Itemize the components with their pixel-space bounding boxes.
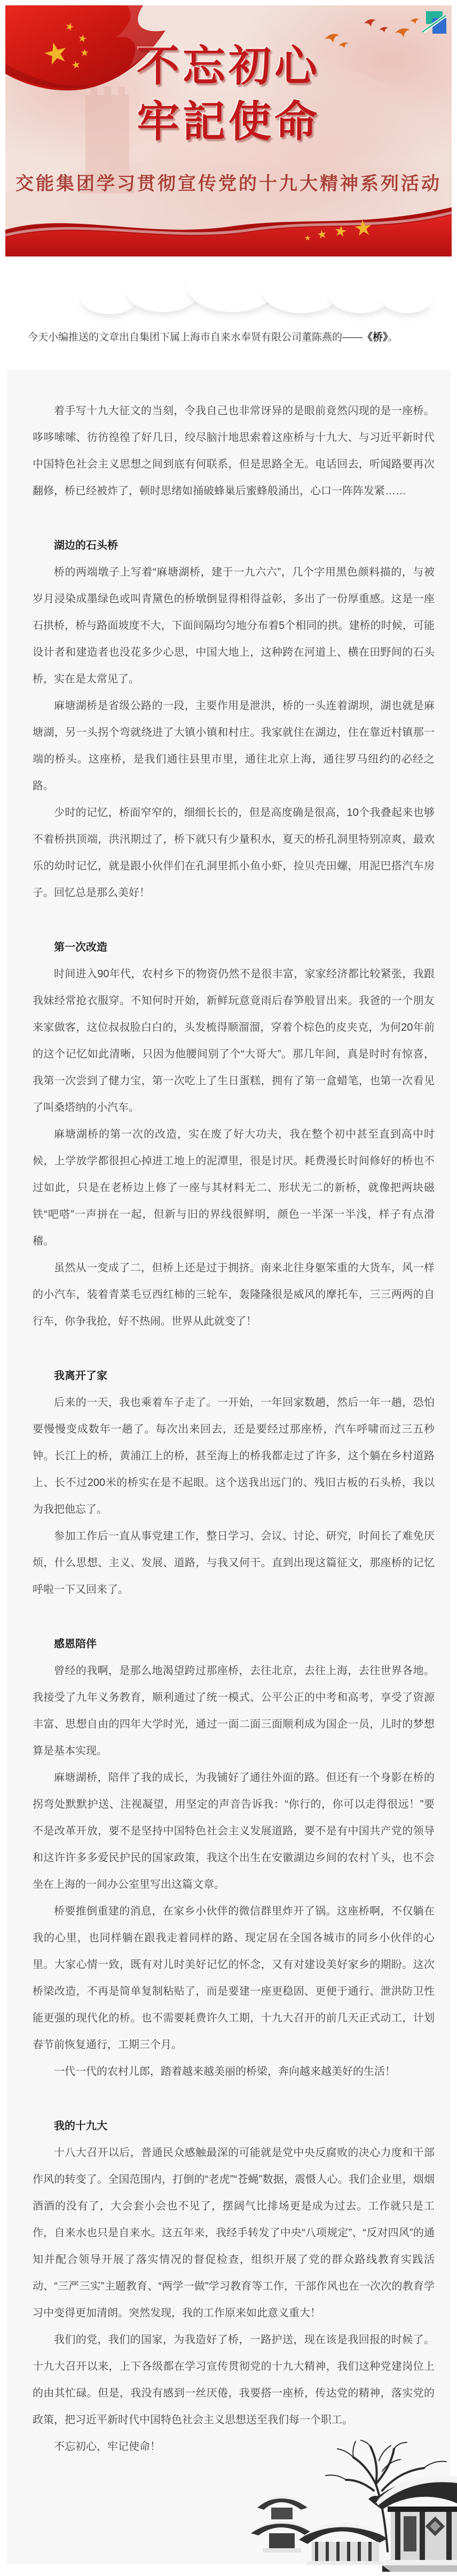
article-body: 着手写十九大征文的当刻，令我自己也非常讶异的是眼前竟然闪现的是一座桥。哆哆嗦嗦、… — [33, 398, 435, 2460]
wave-star-icon: ★ — [316, 228, 328, 242]
section-heading: 第一次改造 — [33, 934, 435, 961]
article-paragraph: 麻塘湖桥的第一次的改造，实在废了好大功夫，我在整个初中甚至直到高中时候，上学放学… — [33, 1121, 435, 1255]
article-paragraph: 时间进入90年代，农村乡下的物资仍然不是很丰富，家家经济都比较紧张，我跟我妹经常… — [33, 961, 435, 1121]
article-paragraph: 桥的两端墩子上写着“麻塘湖桥，建于一九六六”，几个字用黑色颜料描的，与被岁月浸染… — [33, 559, 435, 692]
company-logo-icon — [421, 11, 447, 35]
intro-text: 今天小编推送的文章出自集团下属上海市自来水奉贤有限公司董陈燕的——《桥》。 — [28, 330, 435, 346]
temple-illustration — [248, 2439, 457, 2574]
wave-star-icon: ★ — [304, 234, 311, 242]
article-paragraph: 着手写十九大征文的当刻，令我自己也非常讶异的是眼前竟然闪现的是一座桥。哆哆嗦嗦、… — [33, 398, 435, 504]
article-paragraph: 桥要推倒重建的消息，在家乡小伙伴的微信群里炸开了锅。这座桥啊，不仅躺在我的心里，… — [33, 1898, 435, 2058]
wave-star-icon: ★ — [333, 222, 348, 240]
banner-title-line2: 牢記使命 — [5, 94, 452, 150]
clouds-decoration — [0, 260, 457, 321]
banner-subtitle: 交能集团学习贯彻宣传党的十九大精神系列活动 — [5, 169, 452, 195]
banner: ★ ★ ★ ★ ★ — [5, 5, 452, 256]
article-paragraph: 一代一代的农村儿郎，踏着越来越美丽的桥梁，奔向越来越美好的生活！ — [33, 2058, 435, 2085]
wave-star-icon: ★ — [352, 215, 374, 241]
section-heading: 感恩陪伴 — [33, 1631, 435, 1657]
article-paragraph: 我们的党，我们的国家，为我造好了桥，一路护送，现在该是我回报的时候了。十九大召开… — [33, 2326, 435, 2433]
intro-title-emphasis: 《桥》 — [363, 332, 388, 343]
article-paragraph: 曾经的我啊，是那么地渴望跨过那座桥，去往北京，去往上海，去往世界各地。我接受了九… — [33, 1657, 435, 1764]
section-heading: 我的十九大 — [33, 2113, 435, 2139]
intro-suffix: 。 — [388, 332, 398, 343]
article-paragraph: 后来的一天，我也乘着车子走了。一开始，一年回家数趟，然后一年一趟，恐怕要慢慢变成… — [33, 1389, 435, 1523]
section-heading: 湖边的石头桥 — [33, 532, 435, 559]
banner-title-line1: 不忘初心 — [5, 38, 452, 94]
red-wave-art: ★ ★ ★ ★ — [5, 203, 452, 256]
page: ★ ★ ★ ★ ★ — [0, 0, 457, 2576]
section-heading: 我离开了家 — [33, 1363, 435, 1389]
article-paragraph: 虽然从一变成了二，但桥上还是过于拥挤。南来北往身躯笨重的大货车，风一样的小汽车，… — [33, 1255, 435, 1335]
article-paragraph: 十八大召开以后，普通民众感触最深的可能就是党中央反腐败的决心力度和干部作风的转变… — [33, 2139, 435, 2326]
article-paragraph: 麻塘湖桥是省级公路的一段，主要作用是泄洪，桥的一头连着湖坝，湖也就是麻塘湖，另一… — [33, 692, 435, 799]
article-paragraph: 少时的记忆，桥面窄窄的，细细长长的，但是高度确是很高，10个我叠起来也够不着桥拱… — [33, 799, 435, 906]
article-paragraph: 麻塘湖桥，陪伴了我的成长，为我铺好了通往外面的路。但还有一个身影在桥的拐弯处默默… — [33, 1764, 435, 1898]
article-paragraph: 参加工作后一直从事党建工作，整日学习、会议、讨论、研究，时间长了难免厌烦，什么思… — [33, 1523, 435, 1603]
banner-title: 不忘初心 牢記使命 — [5, 38, 452, 150]
article-panel: 着手写十九大征文的当刻，令我自己也非常讶异的是眼前竟然闪现的是一座桥。哆哆嗦嗦、… — [7, 370, 450, 2564]
intro-prefix: 今天小编推送的文章出自集团下属上海市自来水奉贤有限公司董陈燕的—— — [28, 332, 363, 343]
